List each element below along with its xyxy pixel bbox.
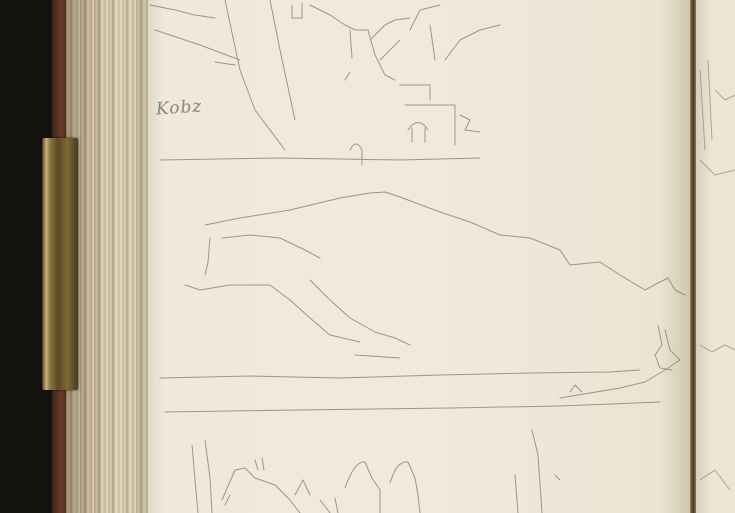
handwritten-inscription: Kobz	[155, 96, 203, 119]
pencil-sketch	[0, 0, 735, 513]
